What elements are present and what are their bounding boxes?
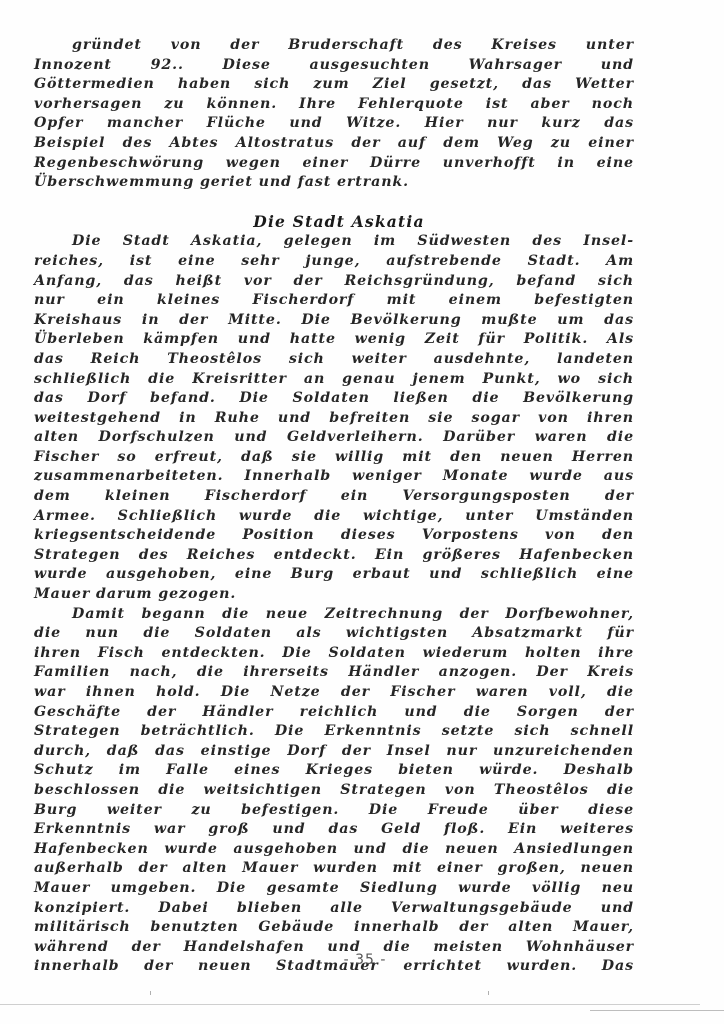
text-line: war ihnen hold. Die Netze der Fischer wa… [34, 683, 634, 703]
text-line: durch, daß das einstige Dorf der Insel n… [34, 742, 634, 762]
text-line: Innozent 92.. Diese ausgesuchten Wahrsag… [34, 56, 634, 76]
text-line: weitestgehend in Ruhe und befreiten sie … [34, 409, 634, 429]
text-line: Damit begann die neue Zeitrechnung der D… [34, 605, 634, 625]
intro-paragraph-continuation: gründet von der Bruderschaft des Kreises… [34, 36, 634, 193]
text-line: Strategen des Reiches entdeckt. Ein größ… [34, 546, 634, 566]
text-line: Mauer darum gezogen. [34, 585, 634, 605]
section-heading: Die Stadt Askatia [34, 212, 634, 232]
paragraph-gap [34, 193, 634, 213]
scan-edge-line [0, 1004, 700, 1005]
text-line: Kreishaus in der Mitte. Die Bevölkerung … [34, 311, 634, 331]
text-line: Strategen beträchtlich. Die Erkenntnis s… [34, 722, 634, 742]
text-line: das Reich Theostêlos sich weiter ausdehn… [34, 350, 634, 370]
text-line: Fischer so erfreut, daß sie willig mit d… [34, 448, 634, 468]
body-text: gründet von der Bruderschaft des Kreises… [34, 36, 634, 977]
paragraph-1: Die Stadt Askatia, gelegen im Südwesten … [34, 232, 634, 604]
text-line: gründet von der Bruderschaft des Kreises… [34, 36, 634, 56]
text-line: das Dorf befand. Die Soldaten ließen die… [34, 389, 634, 409]
text-line: wurde ausgehoben, eine Burg erbaut und s… [34, 565, 634, 585]
text-line: Armee. Schließlich wurde die wichtige, u… [34, 507, 634, 527]
text-line: konzipiert. Dabei blieben alle Verwaltun… [34, 899, 634, 919]
scan-edge-line-lower [590, 1010, 724, 1011]
text-line: dem kleinen Fischerdorf ein Versorgungsp… [34, 487, 634, 507]
text-line: reiches, ist eine sehr junge, aufstreben… [34, 252, 634, 272]
text-line: Die Stadt Askatia, gelegen im Südwesten … [34, 232, 634, 252]
text-line: die nun die Soldaten als wichtigsten Abs… [34, 624, 634, 644]
text-line: Überleben kämpfen und hatte wenig Zeit f… [34, 330, 634, 350]
text-line: ihren Fisch entdeckten. Die Soldaten wie… [34, 644, 634, 664]
text-line: Hafenbecken wurde ausgehoben und die neu… [34, 840, 634, 860]
text-line: Geschäfte der Händler reichlich und die … [34, 703, 634, 723]
text-line: Überschwemmung geriet und fast ertrank. [34, 173, 634, 193]
text-line: zusammenarbeiteten. Innerhalb weniger Mo… [34, 467, 634, 487]
text-line: Mauer umgeben. Die gesamte Siedlung wurd… [34, 879, 634, 899]
text-line: außerhalb der alten Mauer wurden mit ein… [34, 859, 634, 879]
scan-speck [488, 991, 489, 995]
text-line: alten Dorfschulzen und Geldverleihern. D… [34, 428, 634, 448]
text-line: beschlossen die weitsichtigen Strategen … [34, 781, 634, 801]
scanned-page: gründet von der Bruderschaft des Kreises… [0, 0, 724, 1024]
text-line: vorhersagen zu können. Ihre Fehlerquote … [34, 95, 634, 115]
text-line: Beispiel des Abtes Altostratus der auf d… [34, 134, 634, 154]
text-line: Regenbeschwörung wegen einer Dürre unver… [34, 154, 634, 174]
text-line: Schutz im Falle eines Krieges bieten wür… [34, 761, 634, 781]
text-line: Familien nach, die ihrerseits Händler an… [34, 663, 634, 683]
text-line: Göttermedien haben sich zum Ziel gesetzt… [34, 75, 634, 95]
text-line: Opfer mancher Flüche und Witze. Hier nur… [34, 114, 634, 134]
paragraph-2: Damit begann die neue Zeitrechnung der D… [34, 605, 634, 977]
text-line: militärisch benutzten Gebäude innerhalb … [34, 918, 634, 938]
page-number: - 35 - [0, 952, 724, 968]
text-line: Anfang, das heißt vor der Reichsgründung… [34, 272, 634, 292]
text-line: kriegsentscheidende Position dieses Vorp… [34, 526, 634, 546]
text-line: Erkenntnis war groß und das Geld floß. E… [34, 820, 634, 840]
text-line: Burg weiter zu befestigen. Die Freude üb… [34, 801, 634, 821]
text-line: nur ein kleines Fischerdorf mit einem be… [34, 291, 634, 311]
scan-speck [150, 991, 151, 995]
text-line: schließlich die Kreisritter an genau jen… [34, 370, 634, 390]
